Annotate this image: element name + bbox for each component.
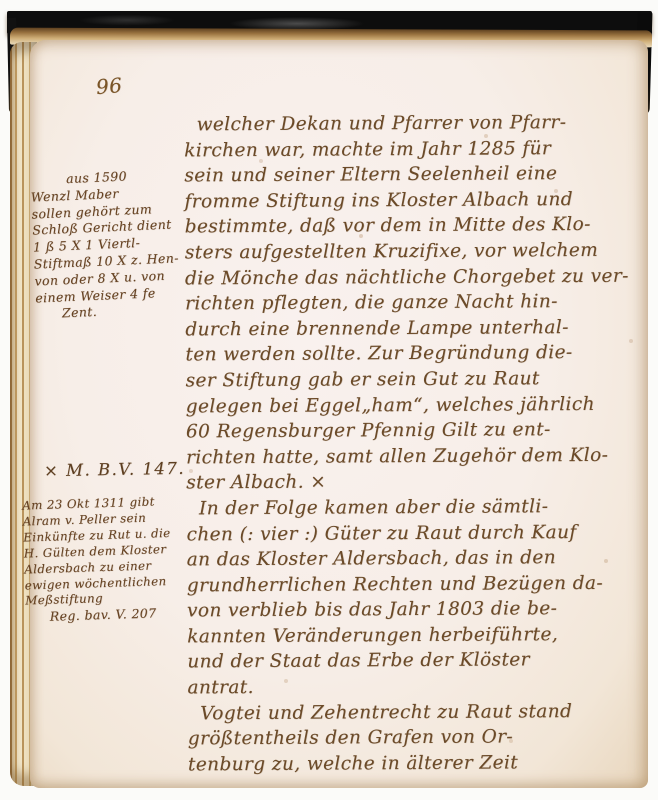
text-line: sein und seiner Eltern Seelenheil eine: [184, 161, 646, 189]
text-line: richten hatte, samt allen Zugehör dem Kl…: [186, 442, 648, 470]
scanned-photo: 96 aus 1590Wenzl Mabersollen gehört zumS…: [0, 0, 658, 800]
text-line: chen (: vier :) Güter zu Raut durch Kauf: [186, 519, 648, 547]
text-line: kannten Veränderungen herbeiführte,: [187, 621, 649, 649]
text-line: sters aufgestellten Kruzifixe, vor welch…: [185, 238, 647, 266]
text-line: In der Folge kamen aber die sämtli-: [186, 493, 648, 521]
text-line: Vogtei und Zehentrecht zu Raut stand: [188, 698, 650, 726]
manuscript-body-text: welcher Dekan und Pfarrer von Pfarr-kirc…: [184, 110, 650, 778]
margin-reference-heading: × M. B.V. 147.: [44, 459, 185, 480]
text-line: grundherrlichen Rechten und Bezügen da-: [187, 570, 649, 598]
paper-specks: [30, 40, 32, 42]
text-line: bestimmte, daß vor dem in Mitte des Klo-: [185, 212, 647, 240]
text-line: ten werden sollte. Zur Begründung die-: [185, 340, 647, 368]
text-line: von verblieb bis das Jahr 1803 die be-: [187, 596, 649, 624]
text-line: die Mönche das nächtliche Chorgebet zu v…: [185, 263, 647, 291]
text-line: gelegen bei Eggel„ham“, welches jährlich: [186, 391, 648, 419]
text-line: antrat.: [187, 673, 649, 701]
text-line: welcher Dekan und Pfarrer von Pfarr-: [184, 110, 646, 138]
text-line: an das Kloster Aldersbach, das in den: [187, 545, 649, 573]
text-line: durch eine brennende Lampe unterhal-: [185, 314, 647, 342]
margin-note-1311: Am 23 Okt 1311 gibtAlram v. Peller seinE…: [22, 493, 188, 625]
page-number: 96: [95, 73, 123, 99]
text-line: 60 Regensburger Pfennig Gilt zu ent-: [186, 417, 648, 445]
text-line: ster Albach. ×: [186, 468, 648, 496]
text-line: kirchen war, machte im Jahr 1285 für: [184, 135, 646, 163]
text-line: und der Staat das Erbe der Klöster: [187, 647, 649, 675]
text-line: ser Stiftung gab er sein Gut zu Raut: [186, 366, 648, 394]
text-line: fromme Stiftung ins Kloster Albach und: [184, 186, 646, 214]
text-line: größtentheils den Grafen von Or-: [188, 724, 650, 752]
text-line: richten pflegten, die ganze Nacht hin-: [185, 289, 647, 317]
margin-note-1590: aus 1590Wenzl Mabersollen gehört zumSchl…: [30, 165, 201, 323]
text-line: tenburg zu, welche in älterer Zeit: [188, 749, 650, 777]
